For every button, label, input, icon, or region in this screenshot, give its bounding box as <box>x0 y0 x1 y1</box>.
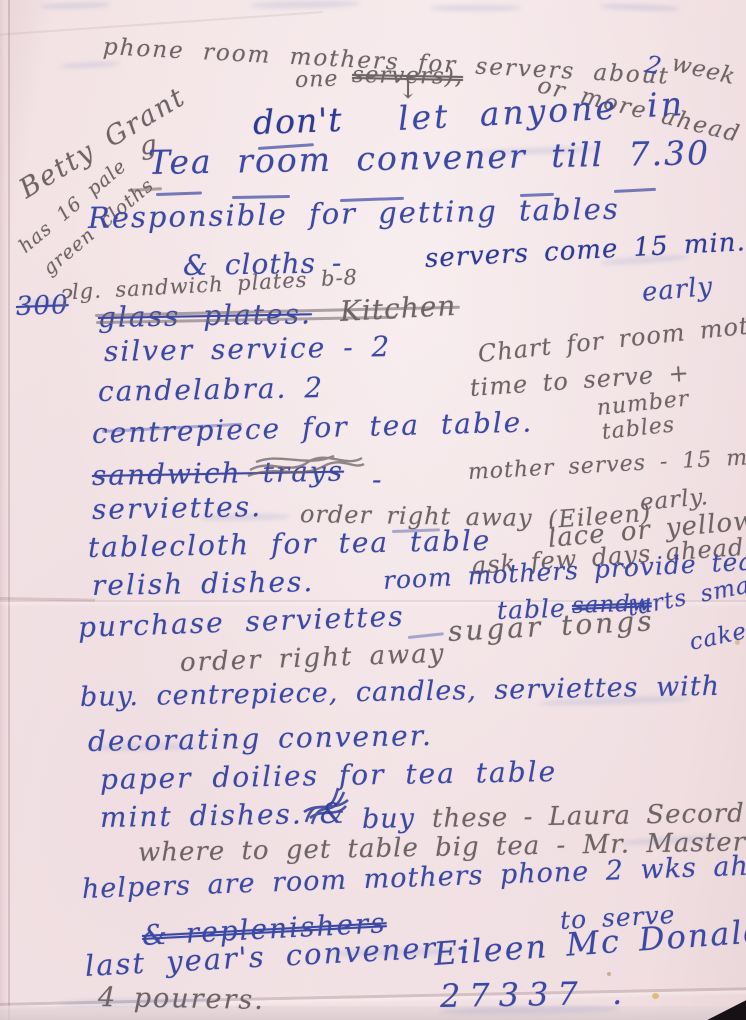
handwritten-note-page: phone room mothers for servers about 2 w… <box>0 0 746 1020</box>
handwriting-silver-service: silver service - 2 <box>104 333 392 366</box>
ink-scribble-mark <box>298 782 354 830</box>
annotation-tables: tables <box>601 414 676 444</box>
handwriting-decorating-convener: decorating convener. <box>88 722 433 756</box>
annotation-four-pourers: 4 pourers. <box>98 984 265 1014</box>
annotation-sugar-tongs: sugar tongs <box>447 607 655 646</box>
underline-tea <box>156 191 202 196</box>
underline-730 <box>614 188 656 193</box>
handwriting-early-ink: early <box>641 274 714 306</box>
pencil-scribble-mark <box>246 448 366 486</box>
handwriting-purchase-serviettes: purchase serviettes <box>78 603 405 642</box>
handwriting-let-anyone-in: let anyone in <box>397 87 686 135</box>
handwriting-relish-dishes: relish dishes. <box>92 568 315 600</box>
handwriting-tablecloth-line: tablecloth for tea table <box>88 527 492 562</box>
handwriting-candelabra: candelabra. 2 <box>98 374 325 406</box>
handwriting-serviettes: serviettes. <box>92 493 262 524</box>
handwriting-buy-2: buy <box>362 805 415 833</box>
paper-speck <box>652 993 659 999</box>
handwriting-buy-centrepiece-line: buy. centrepiece, candles, serviettes wi… <box>80 673 721 711</box>
annotation-mother-serves: mother serves - 15 min. <box>467 446 746 484</box>
handwriting-eileen-mcdonald: Eileen Mc Donald <box>433 915 746 970</box>
handwriting-one: one <box>295 68 339 92</box>
annotation-chart-for-room-mothers: Chart for room mothers <box>477 308 746 366</box>
top-left-fold-crease <box>0 11 323 36</box>
bleed-through-mark <box>40 2 110 10</box>
handwriting-responsible-line: Responsible for getting tables <box>88 195 620 233</box>
bleed-through-mark <box>250 0 360 9</box>
handwriting-tea-room-convener: Tea room convener till 7.30 <box>148 136 711 179</box>
annotation-order-right-away-2: order right away <box>180 641 446 676</box>
handwriting-dont: don't <box>252 103 343 139</box>
handwriting-lg-sandwich-plates: lg. sandwich plates b-8 <box>71 267 358 303</box>
left-edge-crease <box>8 0 10 1020</box>
handwriting-phone-27337: 27337 . <box>440 977 632 1012</box>
handwriting-servers-come-15: servers come 15 min. <box>424 229 746 272</box>
handwriting-trays-dash: - <box>372 466 382 494</box>
bleed-through-mark <box>430 5 520 11</box>
bleed-through-mark <box>600 3 680 12</box>
handwriting-cakes: cakes <box>688 617 746 654</box>
bleed-through-mark <box>60 61 120 69</box>
